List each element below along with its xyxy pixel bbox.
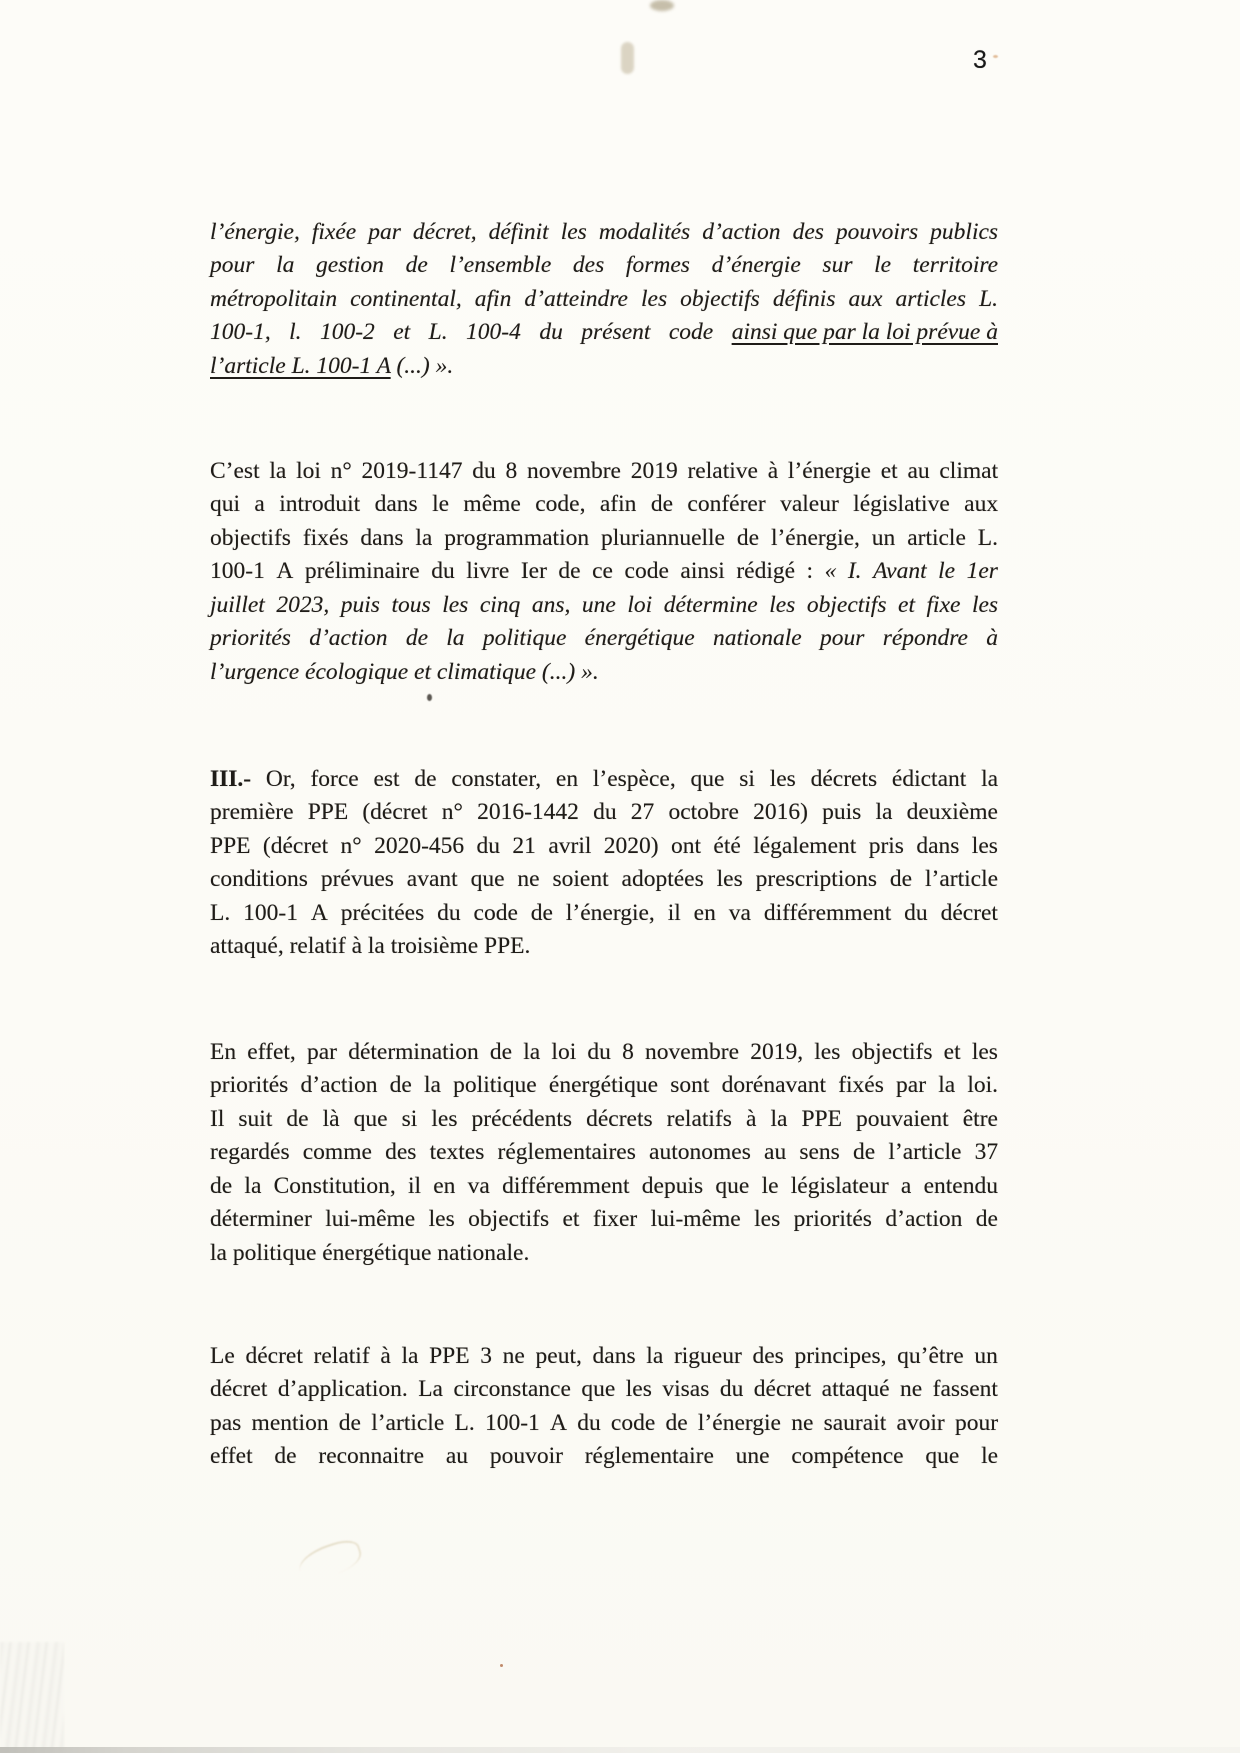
scan-corner-texture <box>0 1642 64 1753</box>
text-line: 100-1ApréliminairedulivreIerdececodeains… <box>210 555 998 588</box>
text-line: Eneffet,pardéterminationdelaloidu8novemb… <box>210 1036 998 1069</box>
text-line: juillet2023,puistouslescinqans,uneloidét… <box>210 589 998 622</box>
text-line: conditionsprévuesavantquenesoientadoptée… <box>210 863 998 896</box>
text-line: delaConstitution,ilenvadifféremmentdepui… <box>210 1170 998 1203</box>
text-line: regardéscommedestextesréglementairesauto… <box>210 1136 998 1169</box>
text-line: quiaintroduitdanslemêmecode,afindeconfér… <box>210 488 998 521</box>
text-line: prioritésd’actiondelapolitiqueénergétiqu… <box>210 622 998 655</box>
text-line: l’urgence écologique et climatique (...)… <box>210 656 998 689</box>
paragraph-en-effet: Eneffet,pardéterminationdelaloidu8novemb… <box>210 1036 998 1270</box>
text-line: décretd’application.Lacirconstancequeles… <box>210 1373 998 1406</box>
text-line: l’énergie,fixéepardécret,définitlesmodal… <box>210 216 998 249</box>
scan-smudge-vertical <box>621 42 634 74</box>
paragraph-iii-constat: III.-Or,forceestdeconstater,enl’espèce,q… <box>210 763 998 964</box>
text-line: pasmentiondel’articleL.100-1Aducodedel’é… <box>210 1407 998 1440</box>
text-line: attaqué, relatif à la troisième PPE. <box>210 930 998 963</box>
text-line: effetdereconnaitreaupouvoirréglementaire… <box>210 1440 998 1473</box>
text-line: métropolitaincontinental,afind’atteindre… <box>210 283 998 316</box>
scan-red-speck <box>500 1664 503 1667</box>
text-line: 100-1,l.100-2etL.100-4duprésentcodeainsi… <box>210 316 998 349</box>
text-line: la politique énergétique nationale. <box>210 1237 998 1270</box>
scan-speck-near-page-number <box>993 55 998 58</box>
text-line: L.100-1Aprécitéesducodedel’énergie,ilenv… <box>210 897 998 930</box>
text-line: pourlagestiondel’ensembledesformesd’éner… <box>210 249 998 282</box>
paragraph-loi-2019-1147: C’estlaloin°2019-1147du8novembre2019rela… <box>210 455 998 689</box>
text-line: l’article L. 100-1 A (...) ». <box>210 350 998 383</box>
text-line: déterminerlui-mêmelesobjectifsetfixerlui… <box>210 1203 998 1236</box>
text-line: C’estlaloin°2019-1147du8novembre2019rela… <box>210 455 998 488</box>
text-line: premièrePPE(décretn°2016-1442du27octobre… <box>210 796 998 829</box>
text-line: Ilsuitdelàquesilesprécédentsdécretsrelat… <box>210 1103 998 1136</box>
scan-squiggle-mark <box>295 1536 365 1584</box>
scan-ink-dot <box>427 694 432 701</box>
scanned-document-page: 3 l’énergie,fixéepardécret,définitlesmod… <box>0 0 1240 1753</box>
page-number: 3 <box>973 46 987 75</box>
paragraph-decret-ppe3: LedécretrelatifàlaPPE3nepeut,danslarigue… <box>210 1340 998 1474</box>
text-line: III.-Or,forceestdeconstater,enl’espèce,q… <box>210 763 998 796</box>
scan-smudge-top-edge <box>650 0 674 11</box>
text-line: objectifsfixésdanslaprogrammationplurian… <box>210 522 998 555</box>
scan-bottom-edge-shadow <box>0 1747 1240 1753</box>
text-line: PPE(décretn°2020-456du21avril2020)ontété… <box>210 830 998 863</box>
paragraph-citation-code-energie: l’énergie,fixéepardécret,définitlesmodal… <box>210 216 998 383</box>
text-line: LedécretrelatifàlaPPE3nepeut,danslarigue… <box>210 1340 998 1373</box>
text-line: prioritésd’actiondelapolitiqueénergétiqu… <box>210 1069 998 1102</box>
